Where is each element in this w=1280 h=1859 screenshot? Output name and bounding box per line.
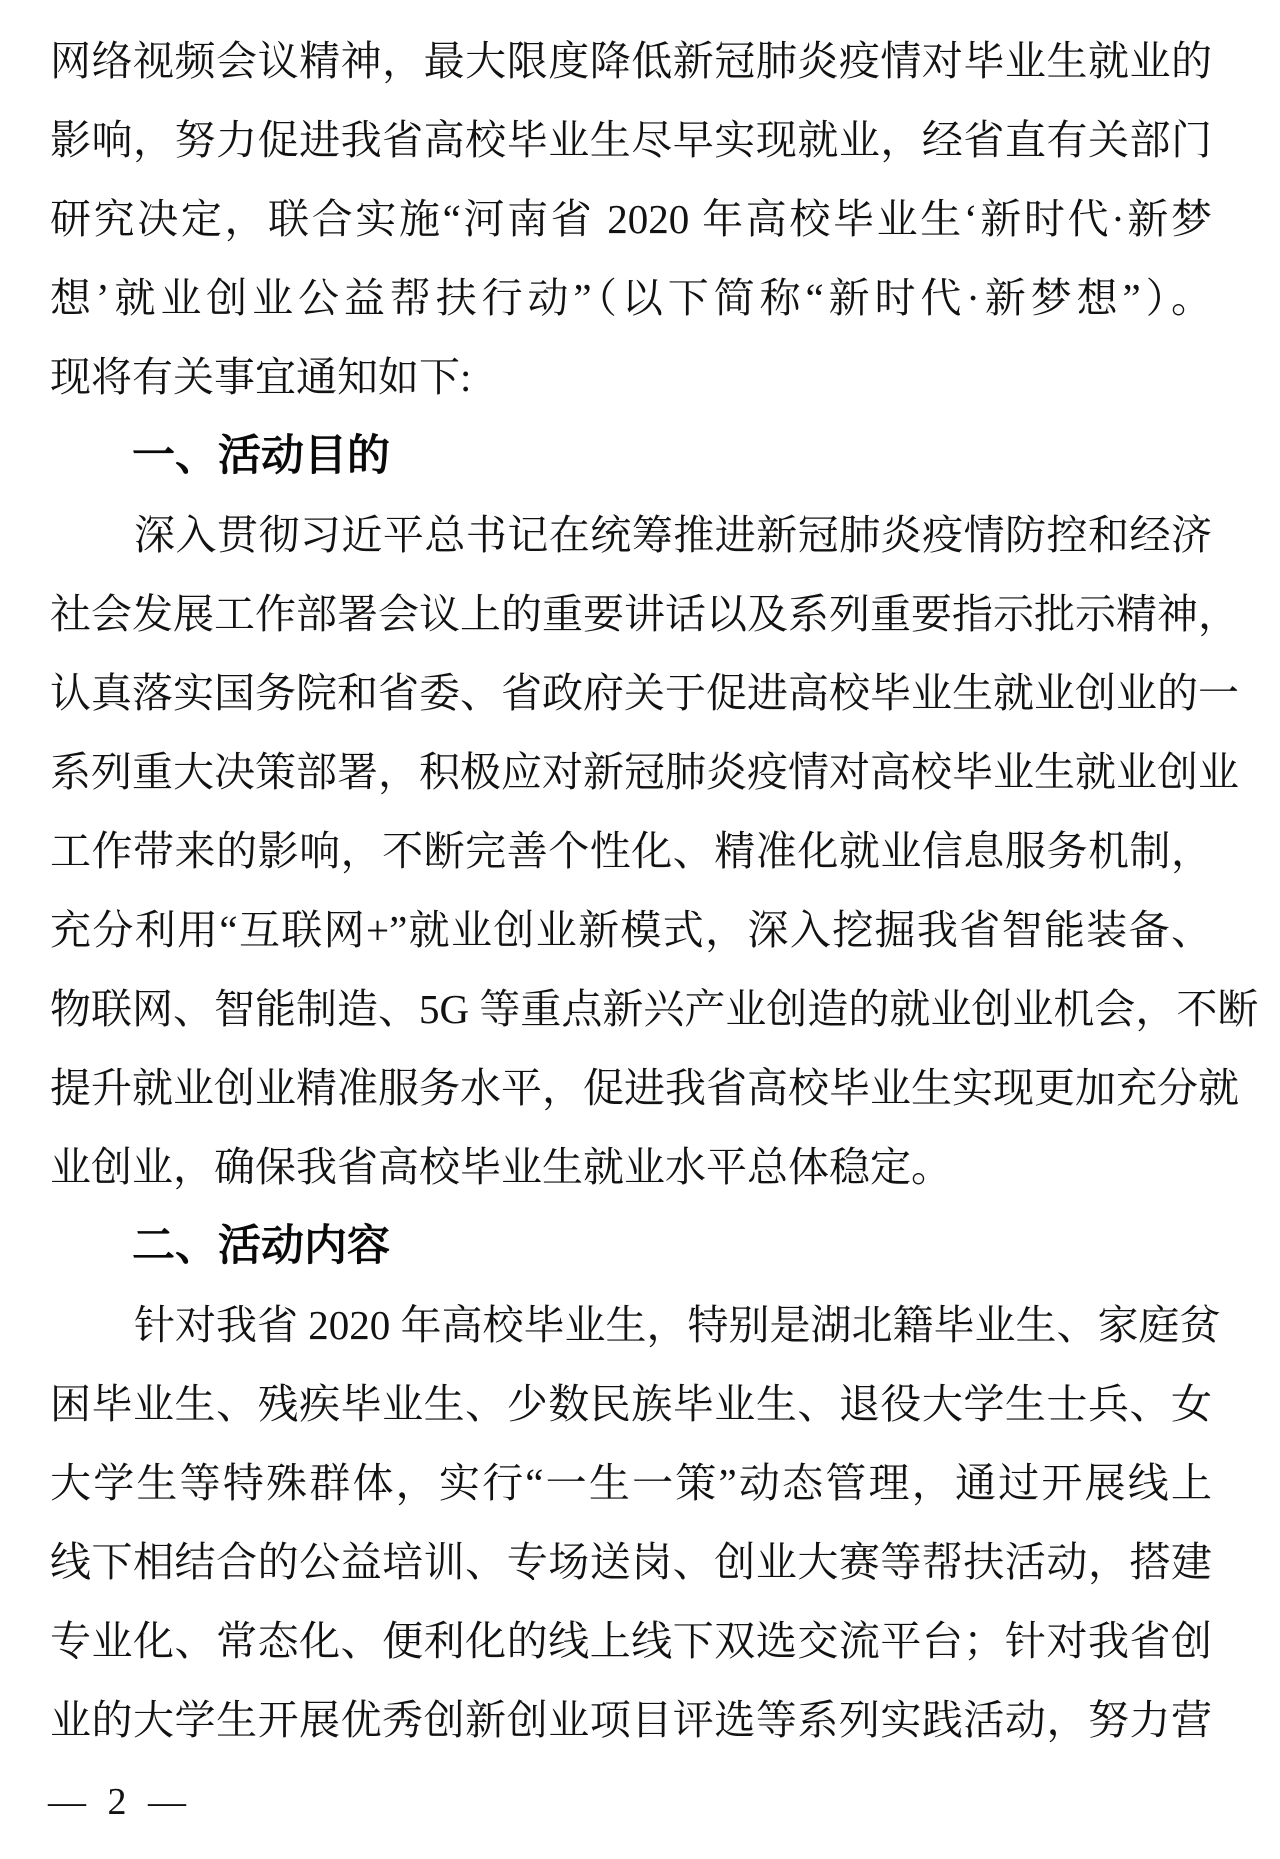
text-line: 网络视频会议精神，最大限度降低新冠肺炎疫情对毕业生就业的 [50, 22, 1212, 101]
text-line: 工作带来的影响，不断完善个性化、精准化就业信息服务机制， [50, 812, 1212, 891]
document-page: 网络视频会议精神，最大限度降低新冠肺炎疫情对毕业生就业的 影响，努力促进我省高校… [0, 0, 1280, 1859]
text-line: 充分利用“互联网+”就业创业新模式，深入挖掘我省智能装备、 [50, 891, 1212, 970]
text-line: 大学生等特殊群体，实行“一生一策”动态管理，通过开展线上 [50, 1444, 1212, 1523]
page-number: — 2 — [48, 1778, 192, 1826]
text-line: 研究决定，联合实施“河南省 2020 年高校毕业生‘新时代·新梦 [50, 180, 1212, 259]
text-line: 针对我省 2020 年高校毕业生，特别是湖北籍毕业生、家庭贫 [50, 1286, 1212, 1365]
text-line: 影响，努力促进我省高校毕业生尽早实现就业，经省直有关部门 [50, 101, 1212, 180]
text-line: 深入贯彻习近平总书记在统筹推进新冠肺炎疫情防控和经济 [50, 496, 1212, 575]
text-line: 现将有关事宜通知如下: [50, 338, 1212, 417]
document-body: 网络视频会议精神，最大限度降低新冠肺炎疫情对毕业生就业的 影响，努力促进我省高校… [50, 22, 1212, 1760]
text-line: 社会发展工作部署会议上的重要讲话以及系列重要指示批示精神， [50, 575, 1212, 654]
heading-activity-purpose: 一、活动目的 [50, 417, 1212, 496]
text-line: 业的大学生开展优秀创新创业项目评选等系列实践活动，努力营 [50, 1681, 1212, 1760]
text-line: 提升就业创业精准服务水平，促进我省高校毕业生实现更加充分就 [50, 1049, 1212, 1128]
text-line: 业创业，确保我省高校毕业生就业水平总体稳定。 [50, 1128, 1212, 1207]
text-line: 专业化、常态化、便利化的线上线下双选交流平台；针对我省创 [50, 1602, 1212, 1681]
text-line: 系列重大决策部署，积极应对新冠肺炎疫情对高校毕业生就业创业 [50, 733, 1212, 812]
text-line: 认真落实国务院和省委、省政府关于促进高校毕业生就业创业的一 [50, 654, 1212, 733]
text-line: 线下相结合的公益培训、专场送岗、创业大赛等帮扶活动，搭建 [50, 1523, 1212, 1602]
text-line: 困毕业生、残疾毕业生、少数民族毕业生、退役大学生士兵、女 [50, 1365, 1212, 1444]
text-line: 物联网、智能制造、5G 等重点新兴产业创造的就业创业机会，不断 [50, 970, 1212, 1049]
text-line: 想’就业创业公益帮扶行动”（以下简称“新时代·新梦想”）。 [50, 259, 1212, 338]
heading-activity-content: 二、活动内容 [50, 1207, 1212, 1286]
